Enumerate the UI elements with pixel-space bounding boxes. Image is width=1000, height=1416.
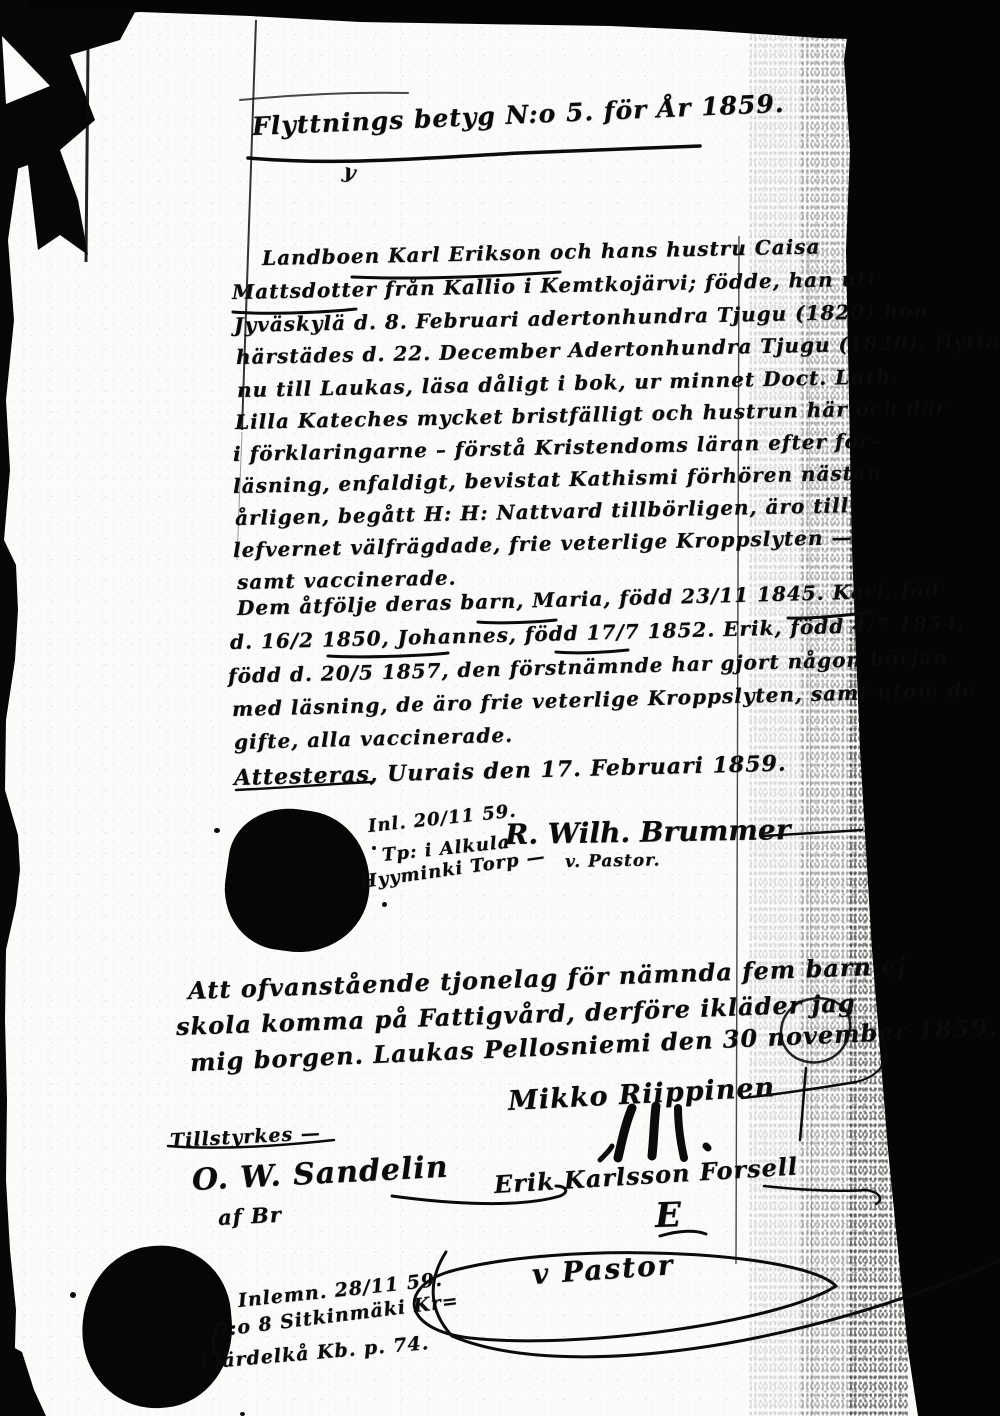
scan-border-top <box>0 0 1000 60</box>
signature-forsell-mark: E <box>654 1195 682 1236</box>
vpastor-label: v Pastor <box>531 1248 676 1291</box>
scanned-document-page: Flyttnings betyg N:o 5. för År 1859. y L… <box>0 0 1000 1416</box>
body-line: gifte, alla vaccinerade. <box>234 723 514 754</box>
body-line: Landboen Karl Erikson och hans hustru Ca… <box>262 234 821 270</box>
body-line: Jyväskylä d. 8. Februari adertonhundra T… <box>234 298 929 337</box>
filing-note-line: Inl. 20/11 59. <box>367 800 518 836</box>
scan-border-left <box>0 0 30 1416</box>
scan-border-right <box>844 0 1000 1416</box>
ink-speck <box>382 902 387 907</box>
riippinen-cross <box>800 1068 806 1140</box>
underline-johannes <box>328 653 448 657</box>
body-line: läsning, enfaldigt, bevistat Kathismi fö… <box>233 460 883 498</box>
signature-sandelin-suffix: af Br <box>217 1202 282 1230</box>
document-title: Flyttnings betyg N:o 5. för År 1859. <box>251 89 785 141</box>
bomarke-stroke-2 <box>652 1106 656 1156</box>
body-line: Lilla Kateches mycket bristfälligt och h… <box>235 395 948 434</box>
attestation-line: Attesteras, Uurais den 17. Februari 1859… <box>234 751 787 791</box>
title-top-stroke <box>240 93 408 100</box>
scan-corner-top-left <box>0 10 135 255</box>
scan-speckle-band-dark <box>848 0 908 1416</box>
scan-corner-notch <box>2 36 50 104</box>
body-line: lefvernet välfrägdade, frie veterlige Kr… <box>233 525 853 562</box>
signature-forsell: Erik Karlsson Forsell <box>493 1151 799 1199</box>
body-line: i förklaringarne – förstå Kristendoms lä… <box>233 428 880 466</box>
body-line: nu till Laukas, läsa dåligt i bok, ur mi… <box>237 364 900 402</box>
body-line: härstädes d. 22. December Adertonhundra … <box>236 329 1000 369</box>
signature-sandelin: O. W. Sandelin <box>191 1150 449 1198</box>
bomarke-dot <box>706 1146 708 1148</box>
body-line: samt vaccinerade. <box>237 565 457 594</box>
bomarke-stroke-1 <box>618 1108 632 1158</box>
title-underline <box>248 146 700 161</box>
body-line: årligen, begått H: H: Nattvard tillbörli… <box>235 493 850 530</box>
bomarke-stroke-3 <box>678 1108 684 1158</box>
scan-corner-bottom-left <box>0 1340 46 1416</box>
body-line: Mattsdotter från Kallio i Kemtkojärvi; f… <box>232 267 876 304</box>
pastor-signature-title: v. Pastor. <box>565 850 661 872</box>
underline-erik <box>556 650 628 653</box>
scan-speckle-band-light <box>748 0 803 1416</box>
endorsement-word: Tillstyrkes — <box>169 1122 321 1152</box>
riippinen-hook <box>856 1046 886 1082</box>
ink-speck <box>240 1412 245 1416</box>
pastor-signature: R. Wilh. Brummer <box>505 813 791 851</box>
ink-speck <box>372 846 376 850</box>
scan-speckle-band-mid <box>800 0 855 1416</box>
signature-mikko-riippinen: Mikko Riippinen <box>507 1072 776 1117</box>
ink-blot-middle <box>217 801 379 962</box>
bomarke-tick <box>600 1146 612 1160</box>
forsell-flourish <box>764 1186 880 1204</box>
ink-speck <box>214 828 220 833</box>
title-stray-mark: y <box>341 158 359 184</box>
ink-speck <box>70 1292 76 1298</box>
page-edge-diagonal-2 <box>86 48 88 262</box>
